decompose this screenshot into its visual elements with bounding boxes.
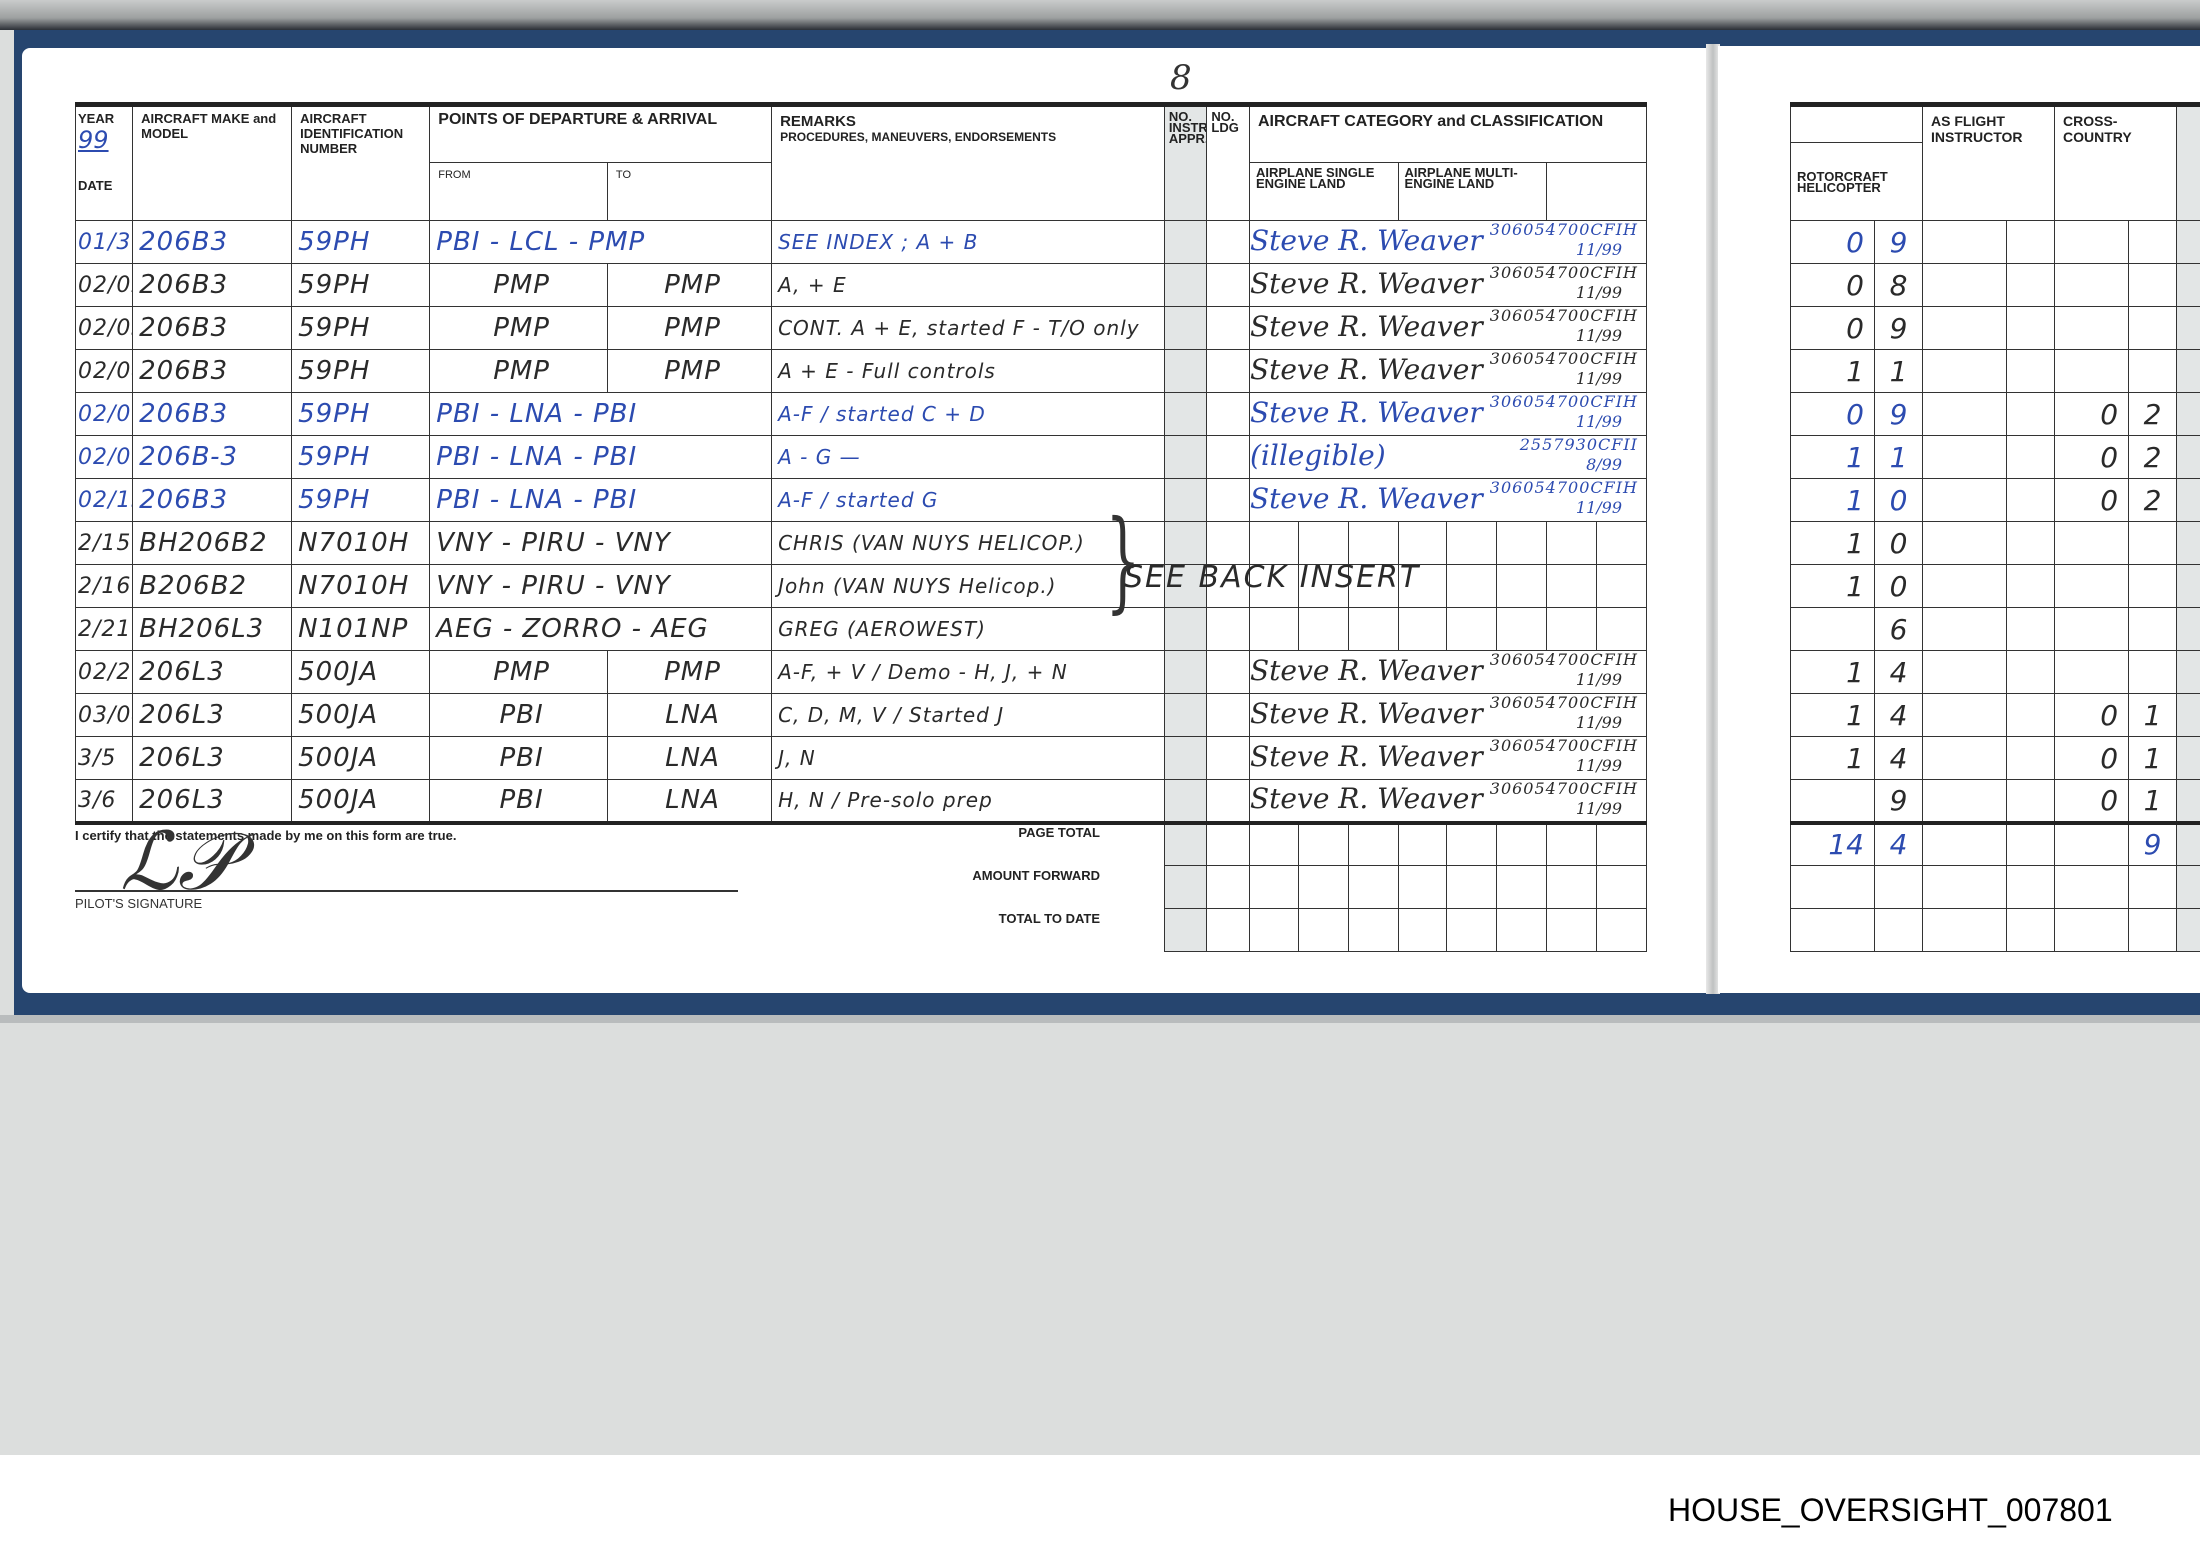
heli-tenths-cell[interactable]: 0 <box>1875 522 1923 565</box>
to-cell[interactable]: PMP <box>607 651 771 694</box>
from-cell[interactable]: PMP <box>430 264 608 307</box>
empty-cell[interactable] <box>1348 608 1398 651</box>
date-cell[interactable]: 02/13 <box>76 479 133 522</box>
totals-cell[interactable] <box>1923 866 2007 909</box>
from-cell[interactable]: PBI <box>430 737 608 780</box>
totals-cell[interactable] <box>1547 823 1597 866</box>
totals-cell[interactable] <box>2055 909 2129 952</box>
xc-tenths-cell[interactable]: 1 <box>2129 780 2177 823</box>
cfi-hours-cell[interactable] <box>1923 737 2007 780</box>
cfi-tenths-cell[interactable] <box>2007 651 2055 694</box>
cfi-hours-cell[interactable] <box>1923 780 2007 823</box>
date-cell[interactable]: 02/27 <box>76 651 133 694</box>
to-header: TO <box>607 163 771 221</box>
totals-cell[interactable] <box>1791 866 1875 909</box>
empty-cell[interactable] <box>1596 565 1646 608</box>
instructor-cert-number: 306054700CFIH <box>1490 780 1638 798</box>
totals-cell[interactable] <box>1207 866 1250 909</box>
table-row: 03/04206L3500JAPBILNAC, D, M, V / Starte… <box>76 694 1647 737</box>
cfi-tenths-cell[interactable] <box>2007 393 2055 436</box>
totals-cell[interactable] <box>1164 866 1207 909</box>
totals-cell[interactable] <box>2007 823 2055 866</box>
heli-hours-cell[interactable] <box>1791 780 1875 823</box>
remarks-cell[interactable]: J, N <box>772 737 1165 780</box>
instructor-signature: Steve R. Weaver <box>1250 490 1483 508</box>
ident-cell[interactable]: 500JA <box>292 780 430 823</box>
totals-row <box>1791 866 2200 909</box>
heli-hours-cell[interactable]: 1 <box>1791 651 1875 694</box>
heli-hours-cell[interactable]: 1 <box>1791 694 1875 737</box>
heli-hours-cell[interactable] <box>1791 608 1875 651</box>
instructor-endorsement[interactable]: Steve R. Weaver 306054700CFIH 11/99 <box>1250 307 1647 350</box>
ident-cell[interactable]: 59PH <box>292 393 430 436</box>
xc-hours-cell[interactable] <box>2055 350 2129 393</box>
ldg-cell[interactable] <box>1207 350 1250 393</box>
heli-tenths-cell[interactable]: 6 <box>1875 608 1923 651</box>
ident-cell[interactable]: 59PH <box>292 221 430 264</box>
totals-cell[interactable] <box>1497 823 1547 866</box>
table-row: 11 <box>1791 350 2200 393</box>
next-col-cell <box>2177 737 2200 780</box>
table-row: 2/21BH206L3N101NPAEG - ZORRO - AEGGREG (… <box>76 608 1647 651</box>
ldg-cell[interactable] <box>1207 651 1250 694</box>
empty-cell[interactable] <box>1398 522 1447 565</box>
xc-tenths-cell[interactable] <box>2129 264 2177 307</box>
totals-cell[interactable] <box>1298 909 1348 952</box>
xc-hours-cell[interactable]: 0 <box>2055 393 2129 436</box>
route-cell[interactable]: AEG - ZORRO - AEG <box>430 608 772 651</box>
cfi-hours-cell[interactable] <box>1923 393 2007 436</box>
heli-hours-cell[interactable]: 0 <box>1791 393 1875 436</box>
page-total-heli-hours[interactable]: 14 <box>1791 823 1875 866</box>
totals-cell[interactable] <box>1875 909 1923 952</box>
heli-hours-cell[interactable]: 0 <box>1791 264 1875 307</box>
date-cell[interactable]: 2/16 <box>76 565 133 608</box>
totals-cell[interactable] <box>1447 866 1497 909</box>
totals-cell[interactable] <box>1923 909 2007 952</box>
totals-cell[interactable] <box>2007 866 2055 909</box>
cert-expiration: 11/99 <box>1576 413 1622 431</box>
instr-appr-cell[interactable] <box>1164 479 1207 522</box>
category-header: AIRCRAFT CATEGORY and CLASSIFICATION <box>1250 105 1647 163</box>
instructor-endorsement[interactable]: Steve R. Weaver 306054700CFIH 11/99 <box>1250 479 1647 522</box>
heli-tenths-cell[interactable]: 9 <box>1875 221 1923 264</box>
ident-cell[interactable]: 500JA <box>292 694 430 737</box>
cfi-tenths-cell[interactable] <box>2007 307 2055 350</box>
instr-appr-cell[interactable] <box>1164 436 1207 479</box>
ident-cell[interactable]: N101NP <box>292 608 430 651</box>
empty-cell[interactable] <box>1348 522 1398 565</box>
document-id: HOUSE_OVERSIGHT_007801 <box>1668 1492 2113 1529</box>
totals-row <box>1791 909 2200 952</box>
totals-cell[interactable] <box>1547 866 1597 909</box>
totals-cell[interactable] <box>1791 909 1875 952</box>
route-cell[interactable]: VNY - PIRU - VNY <box>430 522 772 565</box>
empty-cell[interactable] <box>1298 522 1348 565</box>
cfi-tenths-cell[interactable] <box>2007 436 2055 479</box>
empty-cell[interactable] <box>1497 565 1547 608</box>
totals-cell[interactable] <box>1250 823 1299 866</box>
ldg-cell[interactable] <box>1207 221 1250 264</box>
instructor-signature: Steve R. Weaver <box>1250 404 1483 422</box>
heli-tenths-cell[interactable]: 8 <box>1875 264 1923 307</box>
from-cell[interactable]: PBI <box>430 780 608 823</box>
cfi-tenths-cell[interactable] <box>2007 565 2055 608</box>
cfi-tenths-cell[interactable] <box>2007 350 2055 393</box>
heli-tenths-cell[interactable]: 0 <box>1875 479 1923 522</box>
totals-cell[interactable] <box>1596 823 1646 866</box>
xc-hours-cell[interactable] <box>2055 307 2129 350</box>
cfi-hours-cell[interactable] <box>1923 565 2007 608</box>
make-model-cell[interactable]: B206B2 <box>133 565 292 608</box>
xc-hours-cell[interactable]: 0 <box>2055 436 2129 479</box>
cfi-hours-cell[interactable] <box>1923 522 2007 565</box>
heli-hours-cell[interactable]: 0 <box>1791 307 1875 350</box>
heli-tenths-cell[interactable]: 4 <box>1875 651 1923 694</box>
cfi-tenths-cell[interactable] <box>2007 264 2055 307</box>
table-row: 02/06206B359PHPBI - LNA - PBIA-F / start… <box>76 393 1647 436</box>
route-cell[interactable]: PBI - LNA - PBI <box>430 393 772 436</box>
totals-cell[interactable] <box>1596 909 1646 952</box>
ident-cell[interactable]: 500JA <box>292 737 430 780</box>
ldg-cell[interactable] <box>1207 264 1250 307</box>
remarks-cell[interactable]: A, + E <box>772 264 1165 307</box>
next-col-cell <box>2177 565 2200 608</box>
instructor-endorsement[interactable]: Steve R. Weaver 306054700CFIH 11/99 <box>1250 780 1647 823</box>
totals-cell[interactable] <box>1348 909 1398 952</box>
heli-tenths-cell[interactable]: 1 <box>1875 436 1923 479</box>
heli-hours-cell[interactable]: 1 <box>1791 522 1875 565</box>
ldg-cell[interactable] <box>1207 608 1250 651</box>
table-row: 901 <box>1791 780 2200 823</box>
heli-tenths-cell[interactable]: 1 <box>1875 350 1923 393</box>
make-model-cell[interactable]: 206L3 <box>133 737 292 780</box>
ident-cell[interactable]: 59PH <box>292 264 430 307</box>
ldg-cell[interactable] <box>1207 479 1250 522</box>
from-cell[interactable]: PMP <box>430 307 608 350</box>
totals-cell[interactable] <box>1207 823 1250 866</box>
table-row: 02/27206L3500JAPMPPMPA-F, + V / Demo - H… <box>76 651 1647 694</box>
heli-hours-cell[interactable]: 1 <box>1791 479 1875 522</box>
to-cell[interactable]: LNA <box>607 780 771 823</box>
ldg-cell[interactable] <box>1207 522 1250 565</box>
make-model-cell[interactable]: 206B3 <box>133 307 292 350</box>
route-cell[interactable]: PBI - LCL - PMP <box>430 221 772 264</box>
cert-expiration: 11/99 <box>1576 714 1622 732</box>
totals-cell[interactable] <box>1447 823 1497 866</box>
heli-hours-cell[interactable]: 1 <box>1791 565 1875 608</box>
remarks-cell[interactable]: C, D, M, V / Started J <box>772 694 1165 737</box>
instr-appr-cell[interactable] <box>1164 737 1207 780</box>
remarks-cell[interactable]: A-F / started C + D <box>772 393 1165 436</box>
pilot-signature-label: PILOT'S SIGNATURE <box>75 896 202 911</box>
cfi-hours-cell[interactable] <box>1923 307 2007 350</box>
instr-appr-cell[interactable] <box>1164 350 1207 393</box>
xc-hours-cell[interactable] <box>2055 264 2129 307</box>
make-model-cell[interactable]: 206B3 <box>133 479 292 522</box>
instructor-endorsement[interactable]: Steve R. Weaver 306054700CFIH 11/99 <box>1250 651 1647 694</box>
ident-cell[interactable]: 59PH <box>292 350 430 393</box>
totals-cell[interactable] <box>1398 909 1447 952</box>
make-model-cell[interactable]: 206L3 <box>133 651 292 694</box>
empty-cell[interactable] <box>1547 608 1597 651</box>
xc-tenths-cell[interactable]: 2 <box>2129 393 2177 436</box>
ident-cell[interactable]: 59PH <box>292 307 430 350</box>
points-header: POINTS OF DEPARTURE & ARRIVAL <box>430 105 772 163</box>
instructor-endorsement[interactable]: (illegible) 2557930CFII 8/99 <box>1250 436 1647 479</box>
totals-cell[interactable] <box>2055 866 2129 909</box>
empty-cell[interactable] <box>1398 608 1447 651</box>
remarks-cell[interactable]: CONT. A + E, started F - T/O only <box>772 307 1165 350</box>
instr-appr-cell[interactable] <box>1164 393 1207 436</box>
from-cell[interactable]: PBI <box>430 694 608 737</box>
cfi-tenths-cell[interactable] <box>2007 608 2055 651</box>
next-col-cell <box>2177 479 2200 522</box>
cfi-tenths-cell[interactable] <box>2007 221 2055 264</box>
make-model-cell[interactable]: 206L3 <box>133 694 292 737</box>
pilot-signature[interactable]: ℒ𝒫 <box>120 815 235 909</box>
xc-tenths-cell[interactable]: 2 <box>2129 436 2177 479</box>
instr-appr-cell[interactable] <box>1164 651 1207 694</box>
xc-tenths-cell[interactable] <box>2129 522 2177 565</box>
next-col-cell <box>2177 694 2200 737</box>
remarks-cell[interactable]: A + E - Full controls <box>772 350 1165 393</box>
totals-cell[interactable] <box>1348 823 1398 866</box>
heli-tenths-cell[interactable]: 9 <box>1875 780 1923 823</box>
totals-cell[interactable] <box>1250 909 1299 952</box>
cfi-hours-cell[interactable] <box>1923 608 2007 651</box>
xc-hours-cell[interactable]: 0 <box>2055 479 2129 522</box>
page-total-heli-tenths[interactable]: 4 <box>1875 823 1923 866</box>
instr-appr-cell[interactable] <box>1164 221 1207 264</box>
ident-cell[interactable]: 500JA <box>292 651 430 694</box>
ldg-cell[interactable] <box>1207 393 1250 436</box>
empty-cell[interactable] <box>1447 565 1497 608</box>
xc-tenths-cell[interactable]: 1 <box>2129 737 2177 780</box>
empty-cell[interactable] <box>1497 608 1547 651</box>
heli-hours-cell[interactable]: 1 <box>1791 737 1875 780</box>
make-model-cell[interactable]: 206B3 <box>133 350 292 393</box>
cfi-hours-cell[interactable] <box>1923 479 2007 522</box>
xc-tenths-cell[interactable] <box>2129 565 2177 608</box>
heli-tenths-cell[interactable]: 9 <box>1875 393 1923 436</box>
instr-appr-cell[interactable] <box>1164 264 1207 307</box>
make-model-cell[interactable]: 206B-3 <box>133 436 292 479</box>
heli-tenths-cell[interactable]: 0 <box>1875 565 1923 608</box>
totals-cell[interactable] <box>1447 909 1497 952</box>
cfi-tenths-cell[interactable] <box>2007 479 2055 522</box>
cfi-hours-cell[interactable] <box>1923 694 2007 737</box>
cfi-hours-cell[interactable] <box>1923 350 2007 393</box>
totals-cell[interactable] <box>1497 866 1547 909</box>
cfi-hours-cell[interactable] <box>1923 436 2007 479</box>
cfi-hours-cell[interactable] <box>1923 221 2007 264</box>
ident-cell[interactable]: N7010H <box>292 522 430 565</box>
remarks-cell[interactable]: H, N / Pre-solo prep <box>772 780 1165 823</box>
xc-tenths-cell[interactable] <box>2129 221 2177 264</box>
totals-cell[interactable] <box>2129 909 2177 952</box>
from-cell[interactable]: PMP <box>430 651 608 694</box>
instructor-endorsement[interactable]: Steve R. Weaver 306054700CFIH 11/99 <box>1250 393 1647 436</box>
cfi-tenths-cell[interactable] <box>2007 780 2055 823</box>
to-cell[interactable]: LNA <box>607 694 771 737</box>
date-cell[interactable]: 02/04 <box>76 350 133 393</box>
totals-cell[interactable] <box>2007 909 2055 952</box>
page-total-xc-tenths[interactable]: 9 <box>2129 823 2177 866</box>
ldg-cell[interactable] <box>1207 694 1250 737</box>
remarks-cell[interactable]: A-F, + V / Demo - H, J, + N <box>772 651 1165 694</box>
make-model-cell[interactable]: 206B3 <box>133 221 292 264</box>
empty-cell[interactable] <box>1596 608 1646 651</box>
xc-hours-cell[interactable] <box>2055 651 2129 694</box>
date-cell[interactable]: 02/06 <box>76 393 133 436</box>
make-model-cell[interactable]: 206B3 <box>133 393 292 436</box>
make-model-cell[interactable]: BH206L3 <box>133 608 292 651</box>
empty-cell[interactable] <box>1447 608 1497 651</box>
empty-cell[interactable] <box>1447 522 1497 565</box>
xc-hours-cell[interactable]: 0 <box>2055 780 2129 823</box>
next-col-cell <box>2177 264 2200 307</box>
ldg-cell[interactable] <box>1207 780 1250 823</box>
totals-cell[interactable] <box>1250 866 1299 909</box>
date-cell[interactable]: 3/5 <box>76 737 133 780</box>
heli-hours-cell[interactable]: 1 <box>1791 436 1875 479</box>
amount-forward-label: AMOUNT FORWARD <box>800 868 1100 883</box>
empty-cell[interactable] <box>1547 522 1597 565</box>
route-cell[interactable]: VNY - PIRU - VNY <box>430 565 772 608</box>
instructor-endorsement[interactable]: Steve R. Weaver 306054700CFIH 11/99 <box>1250 694 1647 737</box>
totals-row: 1449 <box>1791 823 2200 866</box>
instr-appr-cell[interactable] <box>1164 522 1207 565</box>
table-row: 01/30206B359PHPBI - LCL - PMPSEE INDEX ;… <box>76 221 1647 264</box>
ldg-cell[interactable] <box>1207 436 1250 479</box>
totals-cell[interactable] <box>1875 866 1923 909</box>
xc-hours-cell[interactable] <box>2055 565 2129 608</box>
route-cell[interactable]: PBI - LNA - PBI <box>430 479 772 522</box>
instructor-cert-number: 306054700CFIH <box>1490 393 1638 411</box>
xc-tenths-cell[interactable] <box>2129 608 2177 651</box>
totals-cell[interactable] <box>1298 823 1348 866</box>
empty-cell[interactable] <box>1250 522 1299 565</box>
instructor-endorsement[interactable]: Steve R. Weaver 306054700CFIH 11/99 <box>1250 350 1647 393</box>
make-model-cell[interactable]: BH206B2 <box>133 522 292 565</box>
from-cell[interactable]: PMP <box>430 350 608 393</box>
to-cell[interactable]: PMP <box>607 264 771 307</box>
xc-hours-cell[interactable] <box>2055 522 2129 565</box>
ldg-cell[interactable] <box>1207 737 1250 780</box>
instructor-cert-number: 306054700CFIH <box>1490 651 1638 669</box>
cover-shadow <box>0 1015 2200 1023</box>
date-cell[interactable]: 02/07 <box>76 436 133 479</box>
xc-hours-cell[interactable]: 0 <box>2055 694 2129 737</box>
xc-hours-cell[interactable] <box>2055 608 2129 651</box>
next-col-cell <box>2177 522 2200 565</box>
cfi-tenths-cell[interactable] <box>2007 694 2055 737</box>
cert-expiration: 11/99 <box>1576 370 1622 388</box>
date-cell[interactable]: 02/02 <box>76 264 133 307</box>
instr-appr-cell[interactable] <box>1164 780 1207 823</box>
xc-tenths-cell[interactable]: 1 <box>2129 694 2177 737</box>
date-label: DATE <box>78 178 130 193</box>
cfi-tenths-cell[interactable] <box>2007 522 2055 565</box>
table-row: 02/07206B-359PHPBI - LNA - PBIA - G — (i… <box>76 436 1647 479</box>
xc-tenths-cell[interactable] <box>2129 651 2177 694</box>
from-header: FROM <box>430 163 608 221</box>
heli-hours-cell[interactable]: 0 <box>1791 221 1875 264</box>
totals-cell[interactable] <box>1398 823 1447 866</box>
instr-appr-cell[interactable] <box>1164 307 1207 350</box>
totals-cell[interactable] <box>1398 866 1447 909</box>
totals-cell[interactable] <box>2055 823 2129 866</box>
empty-cell[interactable] <box>1497 522 1547 565</box>
xc-hours-cell[interactable] <box>2055 221 2129 264</box>
remarks-label: REMARKS <box>780 113 1156 130</box>
totals-cell[interactable] <box>1497 909 1547 952</box>
date-cell[interactable]: 02/03 <box>76 307 133 350</box>
date-cell[interactable]: 01/30 <box>76 221 133 264</box>
date-cell[interactable]: 2/21 <box>76 608 133 651</box>
cert-expiration: 11/99 <box>1576 499 1622 517</box>
year-value: 99 <box>78 126 130 154</box>
totals-cell[interactable] <box>1207 909 1250 952</box>
instructor-endorsement[interactable]: Steve R. Weaver 306054700CFIH 11/99 <box>1250 737 1647 780</box>
cfi-tenths-cell[interactable] <box>2007 737 2055 780</box>
to-cell[interactable]: LNA <box>607 737 771 780</box>
cfi-hours-cell[interactable] <box>1923 264 2007 307</box>
empty-cell[interactable] <box>1250 608 1299 651</box>
see-back-insert-note: SEE BACK INSERT <box>1124 560 1420 595</box>
instructor-endorsement[interactable]: Steve R. Weaver 306054700CFIH 11/99 <box>1250 264 1647 307</box>
ldg-cell[interactable] <box>1207 307 1250 350</box>
xc-tenths-cell[interactable] <box>2129 350 2177 393</box>
remarks-cell[interactable]: A - G — <box>772 436 1165 479</box>
totals-cell[interactable] <box>1348 866 1398 909</box>
empty-cell[interactable] <box>1547 565 1597 608</box>
totals-cell[interactable] <box>1596 866 1646 909</box>
instructor-cert-number: 306054700CFIH <box>1490 264 1638 282</box>
ident-cell[interactable]: 59PH <box>292 479 430 522</box>
remarks-cell[interactable]: SEE INDEX ; A + B <box>772 221 1165 264</box>
xc-hours-cell[interactable]: 0 <box>2055 737 2129 780</box>
cfi-hours-cell[interactable] <box>1923 651 2007 694</box>
to-cell[interactable]: PMP <box>607 350 771 393</box>
totals-cell[interactable] <box>1547 909 1597 952</box>
xc-tenths-cell[interactable]: 2 <box>2129 479 2177 522</box>
route-cell[interactable]: PBI - LNA - PBI <box>430 436 772 479</box>
totals-cell[interactable] <box>1298 866 1348 909</box>
date-cell[interactable]: 03/04 <box>76 694 133 737</box>
instr-appr-cell[interactable] <box>1164 608 1207 651</box>
totals-cell[interactable] <box>1164 909 1207 952</box>
instr-appr-cell[interactable] <box>1164 694 1207 737</box>
ident-cell[interactable]: 59PH <box>292 436 430 479</box>
heli-tenths-cell[interactable]: 9 <box>1875 307 1923 350</box>
totals-cell[interactable] <box>2129 866 2177 909</box>
to-cell[interactable]: PMP <box>607 307 771 350</box>
instructor-endorsement[interactable]: Steve R. Weaver 306054700CFIH 11/99 <box>1250 221 1647 264</box>
totals-cell[interactable] <box>1164 823 1207 866</box>
heli-tenths-cell[interactable]: 4 <box>1875 694 1923 737</box>
make-model-cell[interactable]: 206B3 <box>133 264 292 307</box>
heli-hours-cell[interactable]: 1 <box>1791 350 1875 393</box>
heli-tenths-cell[interactable]: 4 <box>1875 737 1923 780</box>
ident-cell[interactable]: N7010H <box>292 565 430 608</box>
date-cell[interactable]: 2/15 <box>76 522 133 565</box>
xc-tenths-cell[interactable] <box>2129 307 2177 350</box>
totals-cell[interactable] <box>1923 823 2007 866</box>
empty-cell[interactable] <box>1596 522 1646 565</box>
empty-cell[interactable] <box>1298 608 1348 651</box>
